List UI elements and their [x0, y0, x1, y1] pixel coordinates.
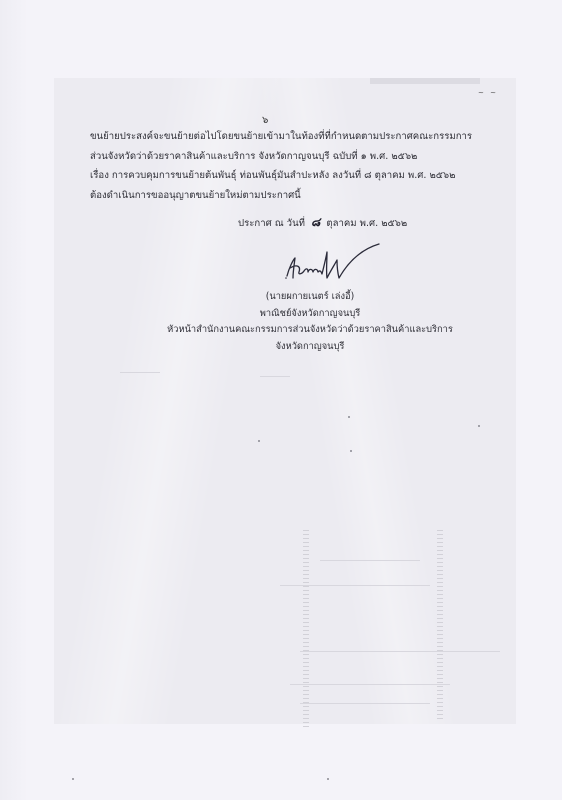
- scan-artifact: [303, 530, 309, 730]
- scan-artifact: [258, 440, 260, 442]
- scan-artifact: [260, 376, 290, 377]
- corner-mark: ~ ~: [478, 89, 498, 97]
- date-suffix: ตุลาคม พ.ศ. ๒๕๖๒: [326, 218, 407, 229]
- body-paragraph: ขนย้ายประสงค์จะขนย้ายต่อไปโดยขนย้ายเข้าม…: [90, 127, 470, 205]
- announcement-date-line: ประกาศ ณ วันที่ ๘ ตุลาคม พ.ศ. ๒๕๖๒: [238, 213, 407, 232]
- scan-artifact: [327, 778, 329, 780]
- scan-artifact: [437, 530, 443, 720]
- scan-artifact: [72, 778, 74, 780]
- scan-artifact: [290, 684, 450, 685]
- body-line: เรื่อง การควบคุมการขนย้ายต้นพันธุ์ ท่อนพ…: [90, 166, 470, 186]
- scan-top-band: [370, 78, 480, 84]
- page-number: ๖: [262, 113, 268, 128]
- body-line: ส่วนจังหวัดว่าด้วยราคาสินค้าและบริการ จั…: [90, 147, 470, 167]
- handwritten-day: ๘: [311, 215, 320, 229]
- scan-artifact: [280, 585, 430, 586]
- signatory-position: จังหวัดกาญจนบุรี: [150, 339, 470, 356]
- scan-artifact: [348, 416, 350, 418]
- signatory-position: พาณิชย์จังหวัดกาญจนบุรี: [150, 306, 470, 323]
- date-prefix: ประกาศ ณ วันที่: [238, 218, 305, 229]
- scan-artifact: [320, 560, 420, 561]
- body-line: ต้องดำเนินการขออนุญาตขนย้ายใหม่ตามประกาศ…: [90, 186, 470, 206]
- scan-artifact: [300, 651, 500, 652]
- scan-artifact: [350, 450, 352, 452]
- signature-icon: [275, 238, 395, 286]
- signatory-name: (นายผกายเนตร์ เล่งอี้): [150, 289, 470, 306]
- scan-artifact: [478, 425, 480, 427]
- signatory-position: หัวหน้าสำนักงานคณะกรรมการส่วนจังหวัดว่าด…: [150, 322, 470, 339]
- scan-artifact: [120, 372, 160, 373]
- signatory-block: (นายผกายเนตร์ เล่งอี้) พาณิชย์จังหวัดกาญ…: [150, 289, 470, 355]
- page-edge-shadow: [0, 0, 28, 800]
- scan-artifact: [300, 703, 430, 704]
- body-line: ขนย้ายประสงค์จะขนย้ายต่อไปโดยขนย้ายเข้าม…: [90, 127, 470, 147]
